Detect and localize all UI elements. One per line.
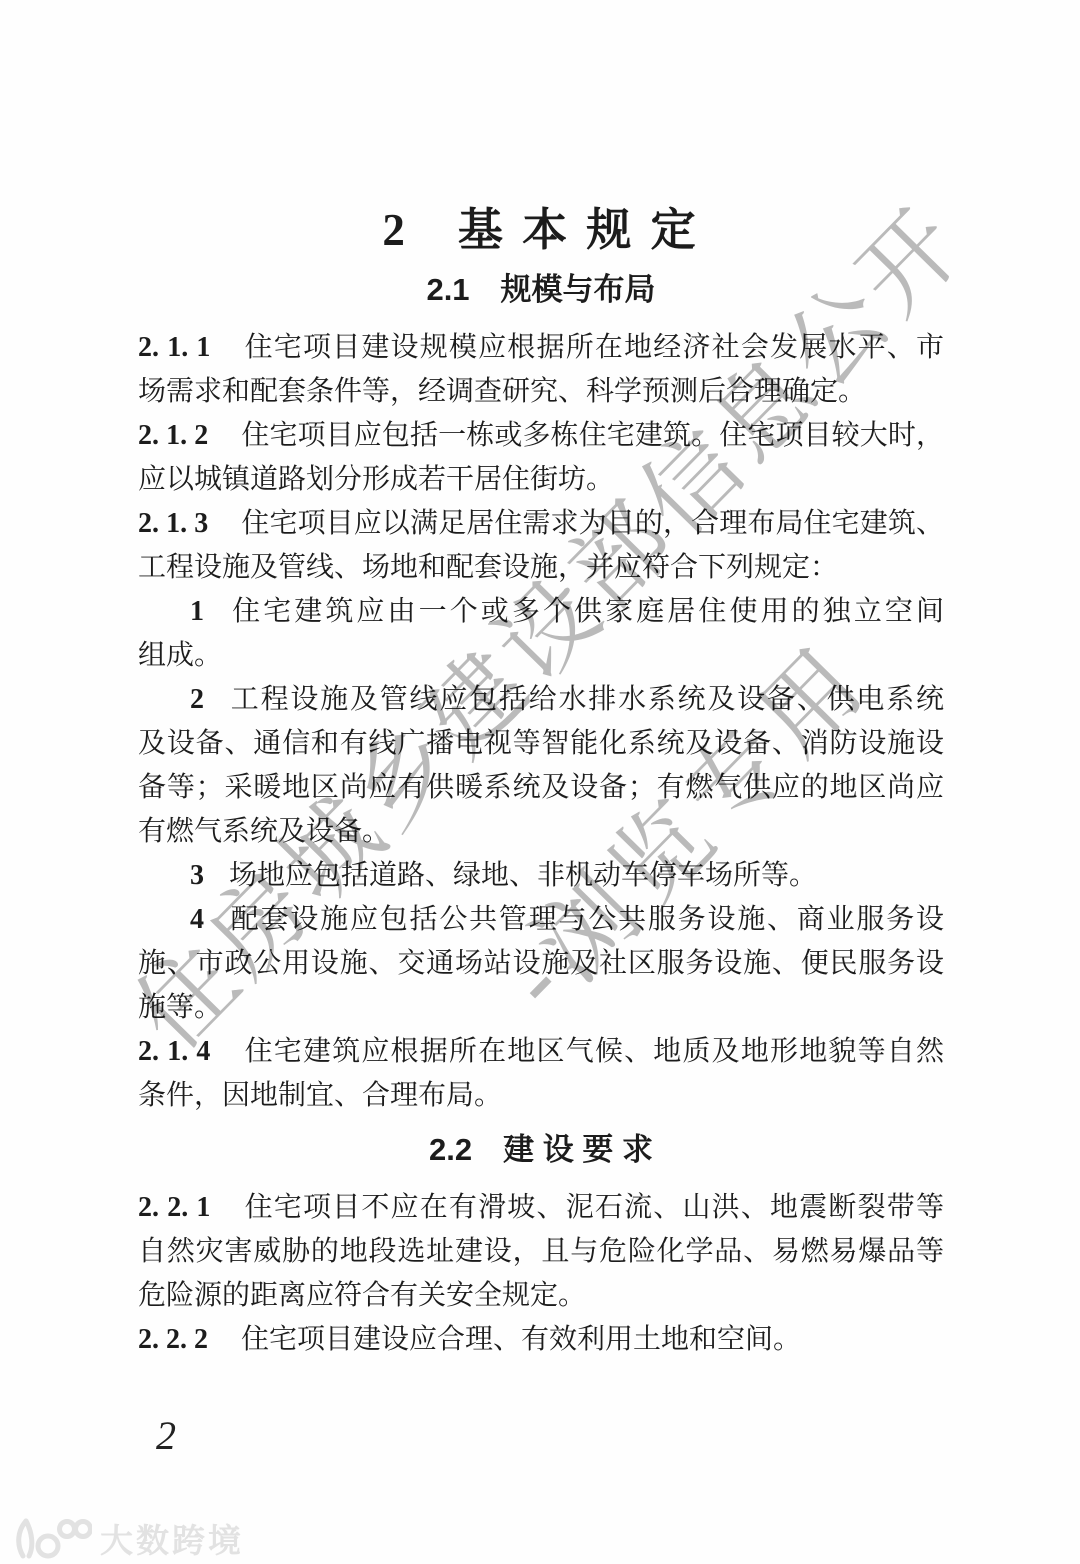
line-text: 住宅建筑应根据所在地区气候、地质及地形地貌等自然: [243, 1036, 944, 1067]
line-text: 应以城镇道路划分形成若干居住街坊。: [138, 464, 614, 495]
line-text: 工程设施及管线、场地和配套设施，并应符合下列规定：: [138, 552, 838, 583]
clause-number: 2. 1. 1: [138, 332, 210, 363]
line-text: 施等。: [138, 992, 222, 1023]
line-text: 场地应包括道路、绿地、非机动车停车场所等。: [229, 860, 817, 891]
item-number: 3: [190, 860, 204, 891]
line-text: 住宅项目建设规模应根据所在地经济社会发展水平、市: [243, 332, 944, 363]
text-line: 有燃气系统及设备。: [138, 810, 944, 854]
list-item-line: 3场地应包括道路、绿地、非机动车停车场所等。: [138, 854, 944, 898]
text-line: 条件，因地制宜、合理布局。: [138, 1074, 944, 1118]
text-line: 应以城镇道路划分形成若干居住街坊。: [138, 458, 944, 502]
list-item-line: 4配套设施应包括公共管理与公共服务设施、商业服务设: [138, 898, 944, 942]
line-text: 场需求和配套条件等，经调查研究、科学预测后合理确定。: [138, 376, 866, 407]
logo-text: 大数跨境: [100, 1515, 244, 1562]
document-text-flow: 2 基 本 规 定2.1 规模与布局2. 1. 1住宅项目建设规模应根据所在地经…: [138, 202, 944, 1362]
chapter-title: 2 基 本 规 定: [138, 202, 944, 258]
text-line: 备等；采暖地区尚应有供暖系统及设备；有燃气供应的地区尚应: [138, 766, 944, 810]
clause-line: 2. 2. 1住宅项目不应在有滑坡、泥石流、山洪、地震断裂带等: [138, 1186, 944, 1230]
text-line: 组成。: [138, 634, 944, 678]
text-line: 及设备、通信和有线广播电视等智能化系统及设备、消防设施设: [138, 722, 944, 766]
line-text: 住宅项目不应在有滑坡、泥石流、山洪、地震断裂带等: [243, 1192, 944, 1223]
page-content: 2 基 本 规 定2.1 规模与布局2. 1. 1住宅项目建设规模应根据所在地经…: [138, 0, 944, 1362]
line-text: 施、市政公用设施、交通场站设施及社区服务设施、便民服务设: [138, 948, 944, 979]
dashu-100-icon: [10, 1516, 92, 1560]
item-number: 2: [190, 684, 204, 715]
text-line: 自然灾害威胁的地段选址建设，且与危险化学品、易燃易爆品等: [138, 1230, 944, 1274]
text-line: 工程设施及管线、场地和配套设施，并应符合下列规定：: [138, 546, 944, 590]
item-number: 1: [190, 596, 204, 627]
clause-number: 2. 1. 2: [138, 420, 208, 451]
page-number: 2: [156, 1414, 176, 1458]
list-item-line: 2工程设施及管线应包括给水排水系统及设备、供电系统: [138, 678, 944, 722]
clause-line: 2. 1. 3住宅项目应以满足居住需求为目的，合理布局住宅建筑、: [138, 502, 944, 546]
line-text: 条件，因地制宜、合理布局。: [138, 1080, 502, 1111]
line-text: 自然灾害威胁的地段选址建设，且与危险化学品、易燃易爆品等: [138, 1236, 944, 1267]
text-line: 施、市政公用设施、交通场站设施及社区服务设施、便民服务设: [138, 942, 944, 986]
line-text: 住宅项目应以满足居住需求为目的，合理布局住宅建筑、: [241, 508, 944, 539]
item-number: 4: [190, 904, 204, 935]
clause-line: 2. 1. 2住宅项目应包括一栋或多栋住宅建筑。住宅项目较大时，: [138, 414, 944, 458]
line-text: 配套设施应包括公共管理与公共服务设施、商业服务设: [229, 904, 944, 935]
document-page: 2 基 本 规 定2.1 规模与布局2. 1. 1住宅项目建设规模应根据所在地经…: [0, 0, 1080, 1564]
dashukuajing-logo: 大数跨境: [10, 1514, 244, 1562]
clause-line: 2. 2. 2住宅项目建设应合理、有效利用土地和空间。: [138, 1318, 944, 1362]
line-text: 及设备、通信和有线广播电视等智能化系统及设备、消防设施设: [138, 728, 944, 759]
clause-number: 2. 2. 1: [138, 1192, 210, 1223]
line-text: 危险源的距离应符合有关安全规定。: [138, 1280, 586, 1311]
text-line: 场需求和配套条件等，经调查研究、科学预测后合理确定。: [138, 370, 944, 414]
text-line: 施等。: [138, 986, 944, 1030]
line-text: 有燃气系统及设备。: [138, 816, 390, 847]
line-text: 住宅建筑应由一个或多个供家庭居住使用的独立空间: [229, 596, 944, 627]
line-text: 住宅项目建设应合理、有效利用土地和空间。: [241, 1324, 801, 1355]
line-text: 组成。: [138, 640, 222, 671]
text-line: 危险源的距离应符合有关安全规定。: [138, 1274, 944, 1318]
clause-line: 2. 1. 1住宅项目建设规模应根据所在地经济社会发展水平、市: [138, 326, 944, 370]
section-heading: 2.1 规模与布局: [138, 270, 944, 310]
list-item-line: 1住宅建筑应由一个或多个供家庭居住使用的独立空间: [138, 590, 944, 634]
line-text: 住宅项目应包括一栋或多栋住宅建筑。住宅项目较大时，: [241, 420, 944, 451]
clause-line: 2. 1. 4住宅建筑应根据所在地区气候、地质及地形地貌等自然: [138, 1030, 944, 1074]
section-heading: 2.2 建 设 要 求: [138, 1130, 944, 1170]
clause-number: 2. 1. 3: [138, 508, 208, 539]
line-text: 工程设施及管线应包括给水排水系统及设备、供电系统: [229, 684, 944, 715]
line-text: 备等；采暖地区尚应有供暖系统及设备；有燃气供应的地区尚应: [138, 772, 944, 803]
clause-number: 2. 1. 4: [138, 1036, 210, 1067]
clause-number: 2. 2. 2: [138, 1324, 208, 1355]
